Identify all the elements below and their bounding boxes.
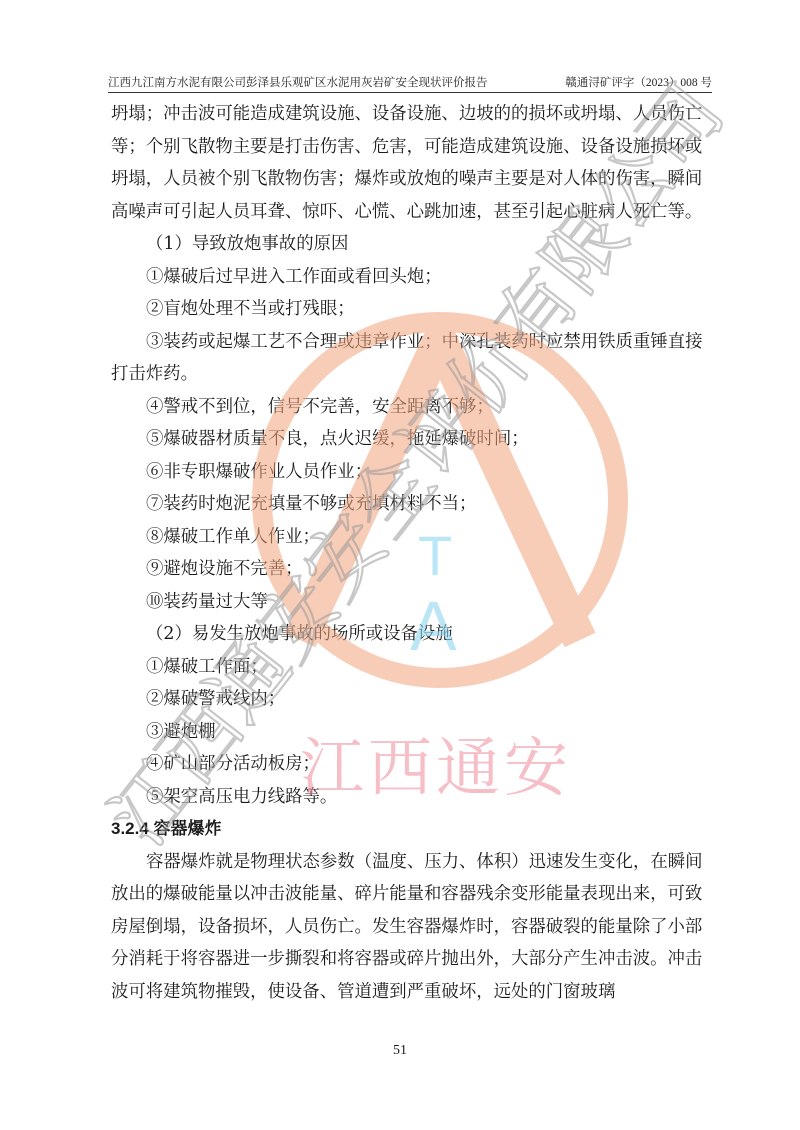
document-number: 赣通浔矿评字（2023）008 号	[565, 74, 712, 90]
list-item: ②爆破警戒线内；	[111, 683, 711, 716]
page-body: 坍塌；冲击波可能造成建筑设施、设备设施、边坡的的损坏或坍塌、人员伤亡等；个别飞散…	[111, 98, 711, 1008]
list-item: ⑨避炮设施不完善；	[111, 553, 711, 586]
subheading-locations: （2）易发生放炮事故的场所或设备设施	[111, 618, 711, 651]
list-item: ⑤架空高压电力线路等。	[111, 781, 711, 814]
list-item: ⑧爆破工作单人作业；	[111, 521, 711, 554]
section-heading: 3.2.4 容器爆炸	[111, 813, 711, 846]
list-item: ⑦装药时炮泥充填量不够或充填材料不当；	[111, 488, 711, 521]
list-item: ①爆破工作面；	[111, 651, 711, 684]
list-item: ②盲炮处理不当或打残眼；	[111, 293, 711, 326]
paragraph: 坍塌；冲击波可能造成建筑设施、设备设施、边坡的的损坏或坍塌、人员伤亡等；个别飞散…	[111, 98, 711, 228]
report-title: 江西九江南方水泥有限公司彭泽县乐观矿区水泥用灰岩矿安全现状评价报告	[108, 74, 488, 90]
document-page: 江西九江南方水泥有限公司彭泽县乐观矿区水泥用灰岩矿安全现状评价报告 赣通浔矿评字…	[0, 0, 800, 1130]
subheading-causes: （1）导致放炮事故的原因	[111, 228, 711, 261]
paragraph: 容器爆炸就是物理状态参数（温度、压力、体积）迅速发生变化，在瞬间放出的爆破能量以…	[111, 846, 711, 1009]
list-item: ③避炮棚	[111, 716, 711, 749]
list-item: ④矿山部分活动板房；	[111, 748, 711, 781]
page-number: 51	[0, 1043, 800, 1059]
list-item: ③装药或起爆工艺不合理或违章作业；中深孔装药时应禁用铁质重锤直接打击炸药。	[111, 326, 711, 391]
list-item: ⑩装药量过大等	[111, 586, 711, 619]
list-item: ①爆破后过早进入工作面或看回头炮；	[111, 261, 711, 294]
list-item: ⑥非专职爆破作业人员作业；	[111, 456, 711, 489]
list-item: ④警戒不到位，信号不完善，安全距离不够；	[111, 391, 711, 424]
list-item: ⑤爆破器材质量不良，点火迟缓，拖延爆破时间；	[111, 423, 711, 456]
page-header: 江西九江南方水泥有限公司彭泽县乐观矿区水泥用灰岩矿安全现状评价报告 赣通浔矿评字…	[108, 68, 712, 93]
